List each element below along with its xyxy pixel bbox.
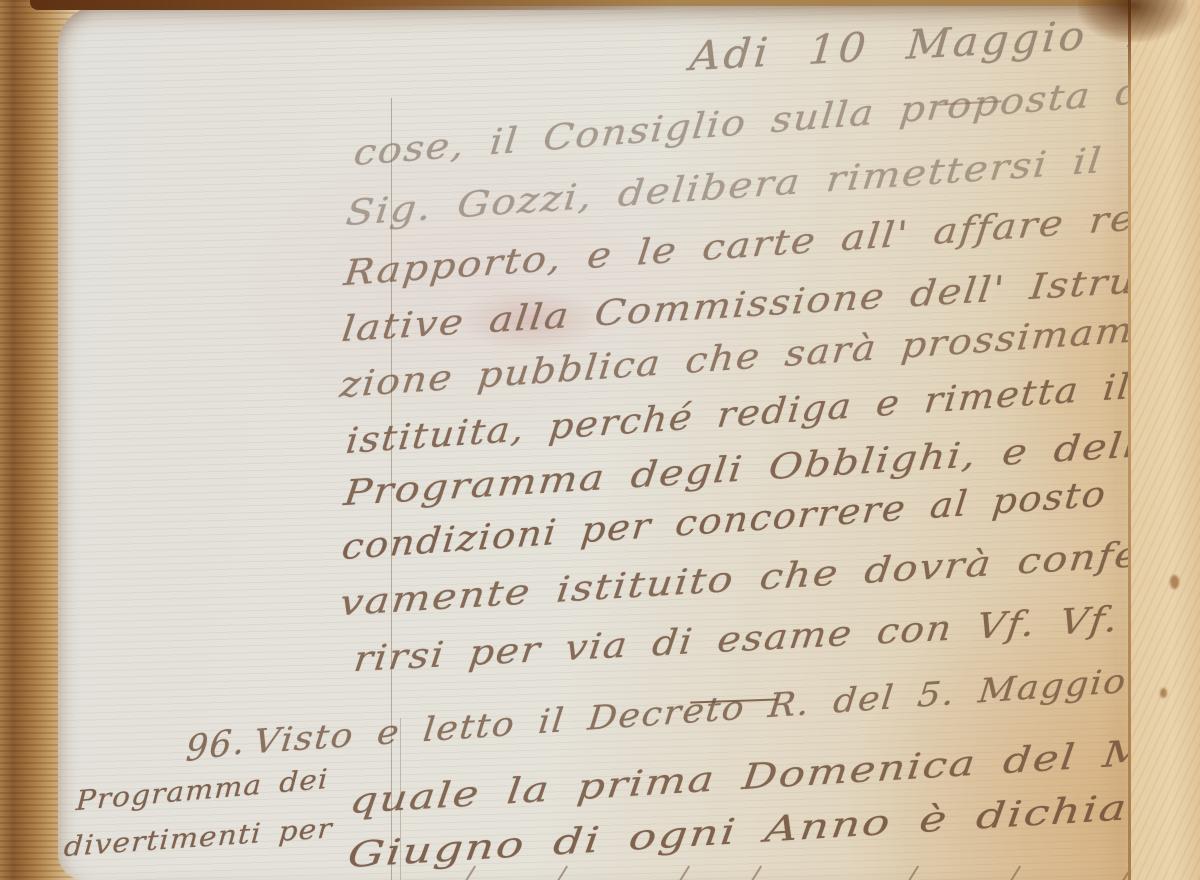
foxing-spot [1170,575,1179,589]
facing-page-edge [1131,0,1200,880]
manuscript-photo: Adi 10 Maggio 1861 cose, il Consiglio su… [0,0,1200,880]
foxing-spot [1160,688,1167,698]
clipped-bottom-line-strokes [428,864,1200,880]
gutter-dark-spot [1078,0,1188,42]
manuscript-page: Adi 10 Maggio 1861 cose, il Consiglio su… [58,6,1200,880]
book-top-edge-shadow [30,0,670,10]
